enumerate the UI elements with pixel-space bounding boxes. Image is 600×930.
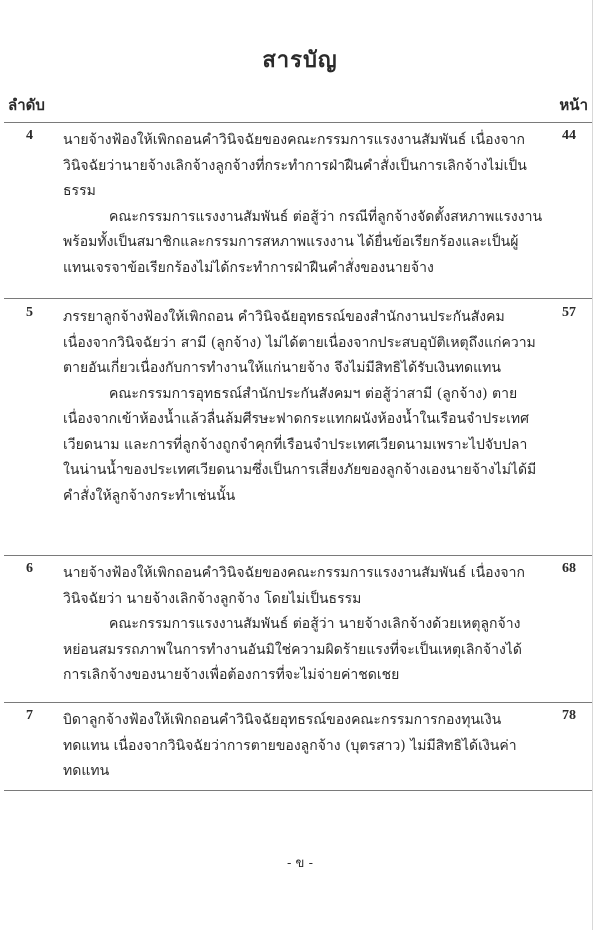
entry-text: นายจ้างฟ้องให้เพิกถอนคำวินิจฉัยของคณะกรร… xyxy=(63,128,543,281)
divider xyxy=(4,702,592,703)
column-header-order: ลำดับ xyxy=(8,93,45,117)
divider xyxy=(4,555,592,556)
entry-heading: นายจ้างฟ้องให้เพิกถอนคำวินิจฉัยของคณะกรร… xyxy=(63,128,543,205)
divider xyxy=(4,298,592,299)
column-header-page: หน้า xyxy=(559,93,588,117)
page-title: สารบัญ xyxy=(0,42,600,77)
entry-summary: คณะกรรมการอุทธรณ์สำนักประกันสังคมฯ ต่อสู… xyxy=(63,382,543,510)
entry-heading: นายจ้างฟ้องให้เพิกถอนคำวินิจฉัยของคณะกรร… xyxy=(63,561,543,612)
entry-number: 6 xyxy=(26,561,33,577)
entry-summary: คณะกรรมการแรงงานสัมพันธ์ ต่อสู้ว่า กรณีท… xyxy=(63,205,543,282)
page-marker: - ข - xyxy=(0,852,600,873)
entry-text: บิดาลูกจ้างฟ้องให้เพิกถอนคำวินิจฉัยอุทธร… xyxy=(63,708,543,785)
entry-number: 7 xyxy=(26,708,33,724)
entry-heading: ภรรยาลูกจ้างฟ้องให้เพิกถอน คำวินิจฉัยอุท… xyxy=(63,305,543,382)
divider xyxy=(4,790,592,791)
entry-text: ภรรยาลูกจ้างฟ้องให้เพิกถอน คำวินิจฉัยอุท… xyxy=(63,305,543,509)
entry-page-number[interactable]: 78 xyxy=(562,708,576,724)
scanned-page-edge xyxy=(592,0,593,930)
entry-page-number[interactable]: 57 xyxy=(562,305,576,321)
entry-heading: บิดาลูกจ้างฟ้องให้เพิกถอนคำวินิจฉัยอุทธร… xyxy=(63,708,543,785)
entry-text: นายจ้างฟ้องให้เพิกถอนคำวินิจฉัยของคณะกรร… xyxy=(63,561,543,689)
divider xyxy=(4,122,592,123)
entry-number: 5 xyxy=(26,305,33,321)
entry-page-number[interactable]: 44 xyxy=(562,128,576,144)
entry-page-number[interactable]: 68 xyxy=(562,561,576,577)
entry-number: 4 xyxy=(26,128,33,144)
entry-summary: คณะกรรมการแรงงานสัมพันธ์ ต่อสู้ว่า นายจ้… xyxy=(63,612,543,689)
